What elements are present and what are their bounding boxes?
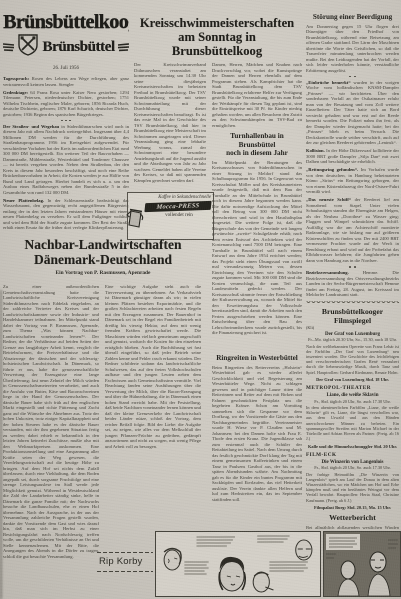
brief-lead: Gedenktage:: [3, 90, 28, 95]
film-entry-1: Der Graf von Luxemburg Fr.–Mo. täglich 2…: [306, 332, 399, 382]
masthead: Brünsbüttelkoog Brünsbüttel: [3, 12, 129, 71]
headline-line-2: am Sonntag in Brunsbüttelkoog: [172, 30, 262, 58]
comic-panel-2-art: [324, 532, 400, 596]
ringreiten-article: Beim Ringreiten des Reitervereins „Holst…: [212, 365, 302, 523]
swim-article-headline: Kreisschwimmeisterschaften am Sonntag in…: [132, 16, 302, 59]
film-times: Fr., Sbd. täglich 20 Uhr, So. auch 17.30…: [306, 399, 399, 404]
brief-plattenbelag: Neuer Plattenbelag. In der Schleusenstra…: [3, 198, 129, 231]
scan-edge-artifact: [0, 290, 2, 599]
filmspiegel-byline: (Kli): [306, 325, 399, 330]
ringreiten-headline: Ringreiten in Westerbüttel: [212, 354, 302, 363]
film-title: Der Graf von Luxemburg: [306, 332, 399, 337]
wetter-text: Bei allmählich abflauenden westlichen Wi…: [306, 525, 399, 530]
news-brief-3: „Rettungsring gefunden“. Im Vorhafen wur…: [306, 167, 399, 195]
headline-line-1: Turnhallenbau in Brunsbüttel: [230, 132, 283, 149]
ad-line-top: Kaffee in Sekundenschnelle: [131, 195, 211, 200]
swim-article-col-b: Damen, Herren, Mädchen und Knaben nach D…: [212, 62, 302, 130]
left-column: Brünsbüttelkoog Brünsbüttel: [3, 12, 129, 238]
article-text: Im Mittelpunkt der Beratungen des Kreisa…: [212, 160, 302, 336]
brief-lead: „Einbrüche bemerkt“: [306, 80, 351, 85]
news-brief-4: „Das neueste Schiff“ der Reederei lief a…: [306, 197, 399, 263]
comic-panel-1: [155, 531, 321, 597]
brief-tagesspruch: Tagesspruch: Rosen des Lebens am Wege er…: [3, 76, 129, 87]
brief-text: wurden in der vorigen Woche vom holländi…: [306, 80, 399, 146]
stoerung-article: Am Donnerstag gegen 15 Uhr flogen drei D…: [306, 24, 399, 74]
headline-line-1: Kreisschwimmeisterschaften: [140, 16, 294, 30]
nachbar-subtitle: Ein Vortrag von P. Rasmussen, Apenrade: [3, 270, 203, 276]
right-news-column: Störung einer Beerdigung Am Donnerstag g…: [306, 13, 399, 530]
article-text: Zu einer außerordentlichen Gemeinschafts…: [3, 284, 99, 559]
brief-separator: [3, 120, 129, 122]
film-footer: Kalle und die Himmelsschmuggler Sbd. 20 …: [306, 444, 399, 449]
nachbar-col-a: Zu einer außerordentlichen Gemeinschafts…: [3, 284, 99, 597]
news-brief-2: Kollision. In der Höhe Dükerswarf kollid…: [306, 148, 399, 165]
film-entry-3: FILM-ECK Die Winzerin von Langenlois Fr.…: [306, 452, 399, 510]
bezirk-notice: Bezirksversammlung. Hemme. Die Bezirksve…: [306, 270, 399, 298]
ornament-left-icon: [3, 39, 14, 57]
film-footer: Der Graf von Luxemburg Sbd. 18 Uhr.: [306, 377, 399, 382]
brief-lead: Bezirksversammlung.: [306, 270, 349, 275]
film-footer: Filmpalast Burg: Sbd. 20.15, Mo. 15 Uhr.: [306, 505, 399, 510]
brief-lead: „Das neueste Schiff“: [306, 197, 351, 202]
brief-separator: [306, 266, 399, 268]
brief-lead: „Rettungsring gefunden“.: [306, 167, 358, 172]
article-text: Beim Ringreiten des Reitervereins „Holst…: [212, 365, 302, 503]
comic-panel-2: [323, 531, 401, 597]
scallop-divider: [306, 301, 399, 305]
town-crest-icon: [17, 33, 39, 62]
brief-lead: Tagesspruch:: [3, 76, 29, 81]
stoerung-headline: Störung einer Beerdigung: [306, 13, 399, 22]
issue-date: 26. Juli 1956: [3, 66, 129, 71]
brief-lead: Neuer Plattenbelag.: [3, 198, 44, 203]
brief-lead: Kollision.: [306, 148, 325, 153]
film-title: Liane, die weiße Sklavin: [306, 393, 399, 398]
comic-rule-bottom: [97, 571, 153, 572]
film-review: Der farbige Heimatfilm „Die Winzerin von…: [306, 472, 399, 503]
swim-article-col-a: Der Kreisschwimmverband Dithmarschen ver…: [134, 62, 206, 190]
brief-text: in Süderdithmarschen wird auch in diesem…: [3, 124, 129, 195]
nachbar-col-b: Eine wichtige Aufgabe sieht auch die Tie…: [105, 284, 201, 530]
newspaper-page: Brünsbüttelkoog Brünsbüttel: [0, 0, 401, 599]
nachbar-headline: Nachbar-Landwirtschaften Dänemark-Deutsc…: [3, 238, 203, 279]
ornament-right-icon: [118, 39, 129, 57]
headline-line-2: noch in diesem Jahr: [226, 149, 288, 157]
masthead-title: Brünsbüttelkoog: [3, 12, 129, 32]
headline-line-2: Dänemark-Deutschland: [34, 252, 172, 267]
filmspiegel-title: Brunsbüttelkooger Filmspiegel: [306, 307, 399, 325]
brief-text: In der Schleusenstraße beabsichtigt das …: [3, 198, 129, 231]
cinema-name: METROPOL-THEATER: [306, 385, 399, 391]
headline-line-1: Nachbar-Landwirtschaften: [25, 237, 182, 252]
ad-line-bottom: vollendet rein: [147, 213, 211, 218]
film-review: In dem abenteuerlichen Farbfilm „Liane, …: [306, 405, 399, 441]
masthead-subtitle: Brünsbüttel: [42, 40, 114, 55]
mocca-press-ad: Kaffee in Sekundenschnelle Mocca-PRESS v…: [127, 192, 214, 240]
comic-title-block: Rip Korby: [97, 531, 153, 597]
brief-lead: Der Straßen- und Wegebau: [3, 124, 59, 129]
film-times: Fr., Sbd. täglich 20 Uhr, So. auch 17.30…: [306, 465, 399, 470]
turnhalle-article: Im Mittelpunkt der Beratungen des Kreisa…: [212, 160, 302, 352]
ad-brand: Mocca-PRESS: [144, 201, 211, 212]
cinema-name: FILM-ECK: [306, 452, 399, 458]
film-entry-2: METROPOL-THEATER Liane, die weiße Sklavi…: [306, 385, 399, 449]
film-title: Die Winzerin von Langenlois: [306, 460, 399, 465]
turnhalle-headline: Turnhallenbau in Brunsbüttel noch in die…: [212, 132, 302, 158]
article-text: Eine wichtige Aufgabe sieht auch die Tie…: [105, 284, 201, 449]
wetter-headline: Wetterbericht: [306, 513, 399, 522]
news-brief-1: „Einbrüche bemerkt“ wurden in der vorige…: [306, 80, 399, 146]
brief-strassenbau: Der Straßen- und Wegebau in Süderdithmar…: [3, 124, 129, 196]
coffee-pot-icon: [125, 205, 145, 236]
article-text: Der Kreisschwimmverband Dithmarschen ver…: [134, 62, 206, 183]
comic-panel-1-art: [156, 532, 320, 596]
filmspiegel-box: Brunsbüttelkooger Filmspiegel (Kli) Der …: [306, 307, 399, 510]
film-times: Fr.–Mo. täglich 20.30 Uhr, So., 15.30, a…: [306, 337, 399, 342]
brief-gedenktage: Gedenktage: 64 Franz Rosa unter Kaiser N…: [3, 90, 129, 118]
film-review: Nach der weltbekannten Operette von Fran…: [306, 344, 399, 375]
article-text: Damen, Herren, Mädchen und Knaben nach D…: [212, 62, 302, 128]
middle-column: Damen, Herren, Mädchen und Knaben nach D…: [212, 62, 302, 530]
brief-text: der Reederei lief am Sonnabend vom Stape…: [306, 197, 399, 263]
brief-separator: [306, 76, 399, 78]
comic-rule-top: [97, 552, 153, 553]
comic-title: Rip Korby: [97, 554, 153, 569]
comic-strip: Rip Korby: [97, 531, 401, 597]
